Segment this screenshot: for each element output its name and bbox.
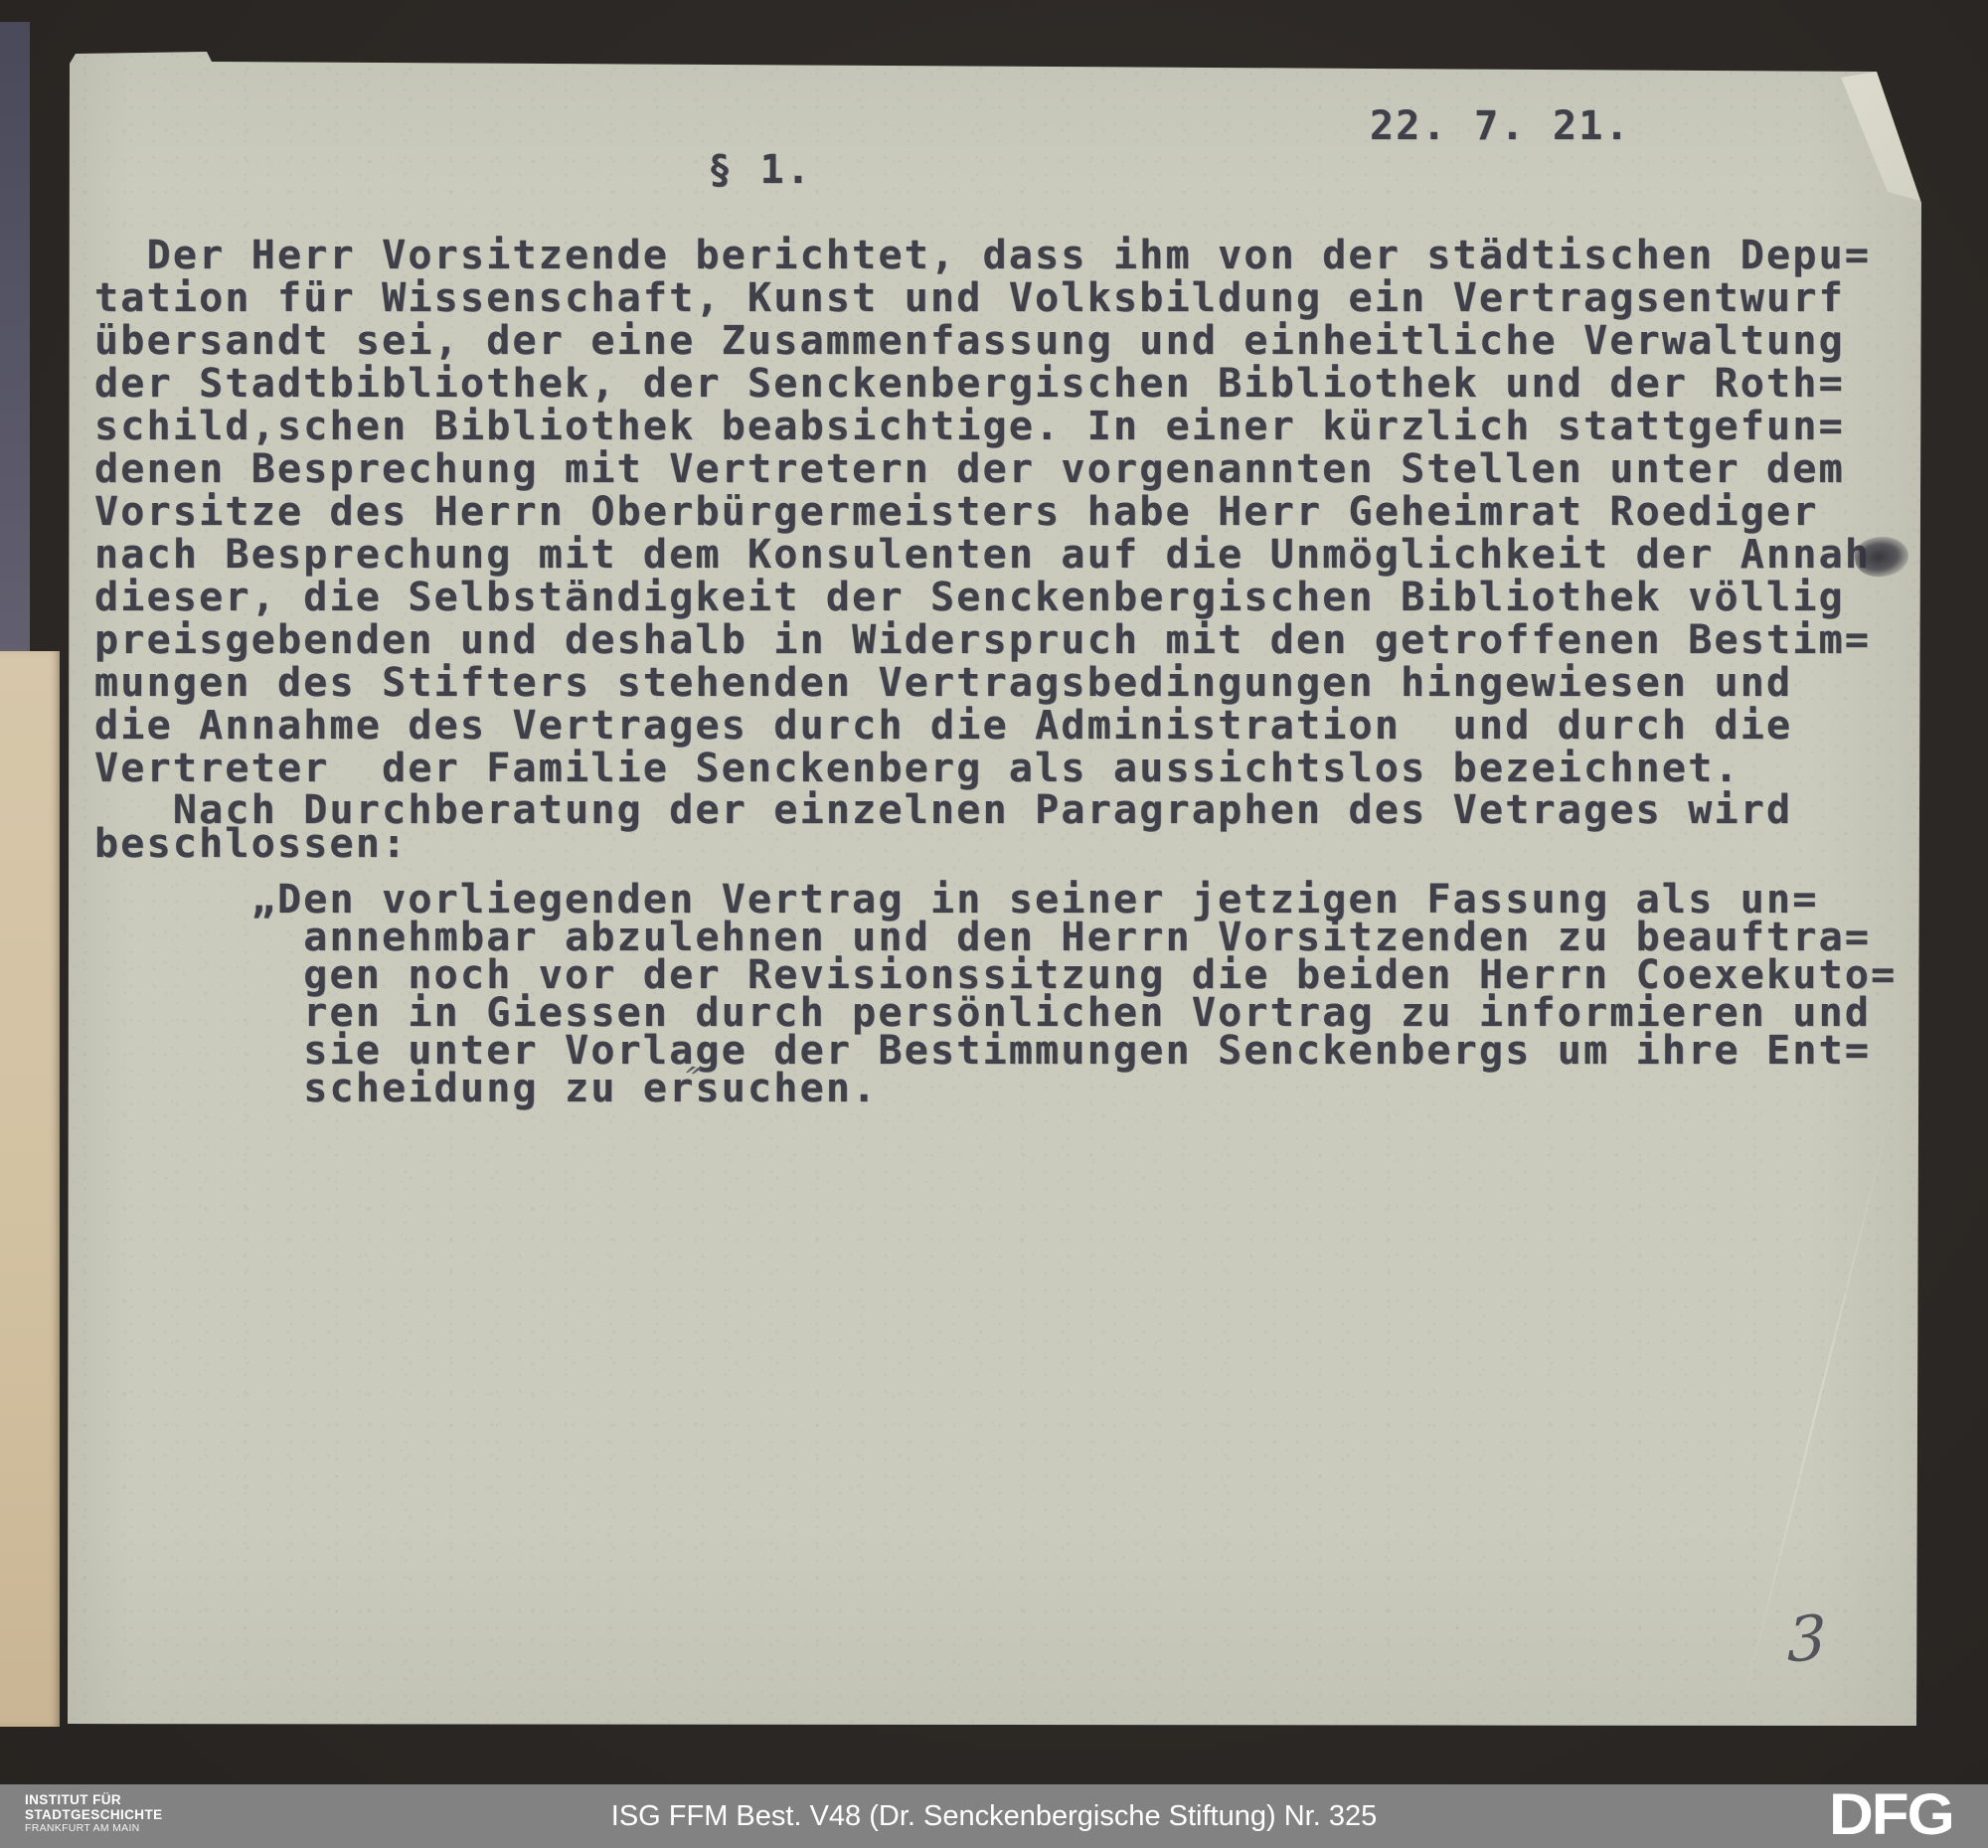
typewritten-line: nach Besprechung mit dem Konsulenten auf… <box>94 534 1871 577</box>
typewritten-line: sie unter Vorlage der Bestimmungen Senck… <box>94 1032 1897 1070</box>
typewritten-line: übersandt sei, der eine Zusammenfassung … <box>94 320 1871 363</box>
typewritten-line: denen Besprechung mit Vertretern der vor… <box>94 448 1871 491</box>
institute-logo-line3: FRANKFURT AM MAIN <box>25 1822 163 1835</box>
typewritten-line: scheidung zu ersuchen. <box>94 1070 1897 1107</box>
typewritten-line: Der Herr Vorsitzende berichtet, dass ihm… <box>94 235 1871 277</box>
date-text: 22. 7. 21. <box>1370 103 1631 149</box>
typewritten-line: die Annahme des Vertrages durch die Admi… <box>94 705 1871 748</box>
resolution-quote: „Den vorliegenden Vertrag in seiner jetz… <box>94 881 1897 1107</box>
document-date: 22. 7. 21. <box>1370 103 1631 149</box>
institute-logo-line1: INSTITUT FÜR <box>25 1792 163 1807</box>
archive-reference-caption: ISG FFM Best. V48 (Dr. Senckenbergische … <box>611 1800 1377 1833</box>
typewritten-line: dieser, die Selbständigkeit der Senckenb… <box>94 577 1871 619</box>
typewritten-line: mungen des Stifters stehenden Vertragsbe… <box>94 662 1871 705</box>
dfg-logo: DFG <box>1829 1786 1953 1846</box>
section-heading: § 1. <box>708 147 812 193</box>
typewritten-line: Vorsitze des Herrn Oberbürgermeisters ha… <box>94 491 1871 534</box>
corner-fold <box>1841 72 1922 203</box>
typewritten-line: der Stadtbibliothek, der Senckenbergisch… <box>94 363 1871 406</box>
typewritten-line: gen noch vor der Revisionssitzung die be… <box>94 956 1897 994</box>
adjacent-page-edge-beige <box>0 651 60 1727</box>
paragraph-2: Nach Durchberatung der einzelnen Paragra… <box>94 793 1792 861</box>
typewritten-line: „Den vorliegenden Vertrag in seiner jetz… <box>94 881 1897 919</box>
typewritten-line: ren in Giessen durch persönlichen Vortra… <box>94 994 1897 1032</box>
handwritten-page-number: 3 <box>1787 1601 1826 1677</box>
adjacent-page-edge-blue <box>0 22 30 651</box>
typewritten-line: annehmbar abzulehnen und den Herrn Vorsi… <box>94 919 1897 956</box>
institute-logo-line2: STADTGESCHICHTE <box>25 1807 163 1822</box>
paragraph-1: Der Herr Vorsitzende berichtet, dass ihm… <box>94 235 1871 790</box>
section-heading-text: § 1. <box>708 147 812 193</box>
typewritten-line: schild,schen Bibliothek beabsichtige. In… <box>94 406 1871 448</box>
typewritten-line: Vertreter der Familie Senckenberg als au… <box>94 748 1871 790</box>
archive-scan-viewer: 22. 7. 21. § 1. Der Herr Vorsitzende ber… <box>0 0 1988 1848</box>
typewritten-line: tation für Wissenschaft, Kunst und Volks… <box>94 277 1871 320</box>
institute-logo: INSTITUT FÜR STADTGESCHICHTE FRANKFURT A… <box>25 1792 163 1835</box>
typewritten-line: preisgebenden und deshalb in Widerspruch… <box>94 619 1871 662</box>
